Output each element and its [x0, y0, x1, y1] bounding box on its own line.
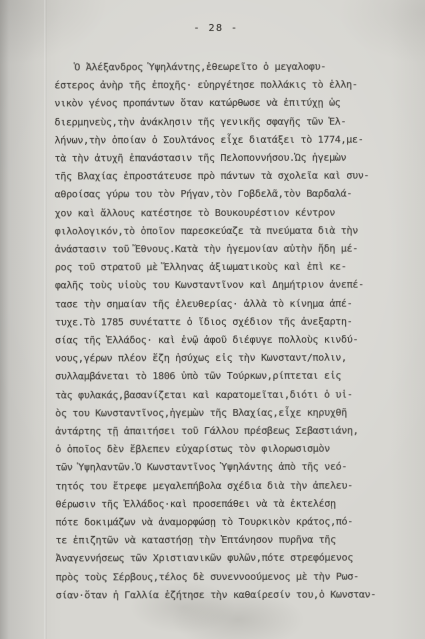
scanned-page: - 28 - Ὁ Ἀλέξανδρος Ὑψηλάντης,ἐθεωρεῖτο …: [0, 0, 425, 639]
page-body-text: Ὁ Ἀλέξανδρος Ὑψηλάντης,ἐθεωρεῖτο ὁ μεγαλ…: [54, 59, 407, 606]
paper-crease: [44, 0, 47, 639]
page-number: - 28 -: [0, 23, 425, 34]
